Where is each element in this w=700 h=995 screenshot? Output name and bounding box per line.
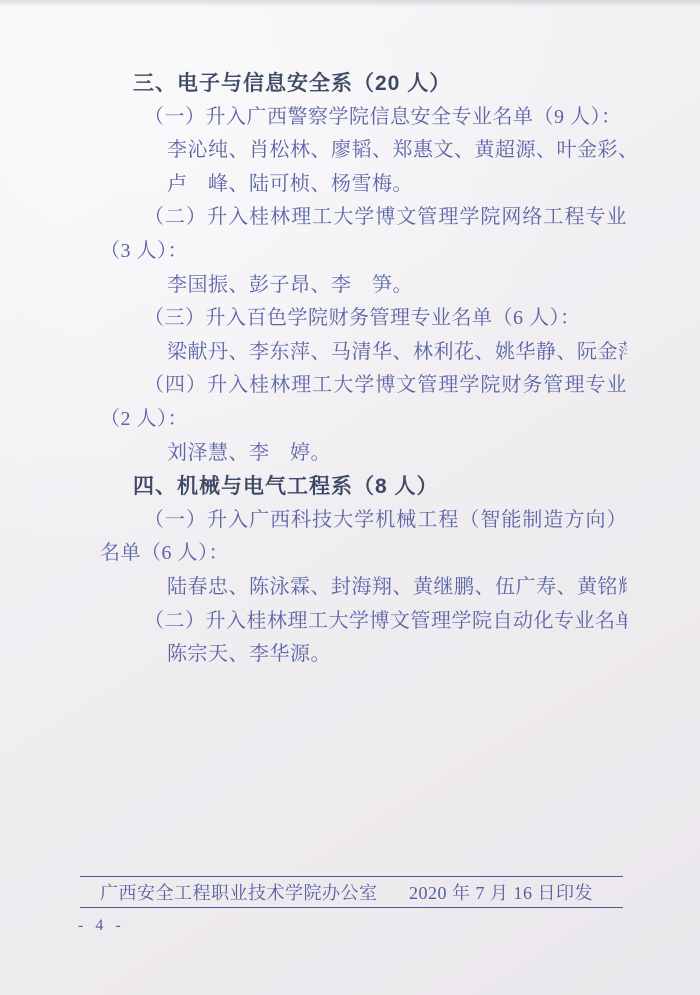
- footer-print-date: 2020 年 7 月 16 日印发: [409, 879, 623, 905]
- text-line: （三）升入百色学院财务管理专业名单（6 人）：: [100, 302, 627, 336]
- document-body: 三、电子与信息安全系（20 人）（一）升入广西警察学院信息安全专业名单（9 人）…: [100, 67, 627, 672]
- text-line: （2 人）：: [100, 403, 627, 437]
- text-line: 名单（6 人）：: [100, 537, 627, 571]
- text-line: （3 人）：: [100, 235, 627, 269]
- page-number: - 4 -: [78, 917, 125, 935]
- text-line: 李国振、彭子昂、李 笋。: [100, 269, 627, 303]
- text-line: （一）升入广西科技大学机械工程（智能制造方向）专业: [100, 504, 627, 538]
- text-line: 刘泽慧、李 婷。: [100, 437, 627, 471]
- text-line: 陈宗天、李华源。: [100, 638, 627, 672]
- text-line: 四、机械与电气工程系（8 人）: [100, 470, 627, 504]
- text-line: （二）升入桂林理工大学博文管理学院自动化专业名单（2 人）：: [100, 605, 627, 639]
- footer-bar: 广西安全工程职业技术学院办公室 2020 年 7 月 16 日印发: [80, 876, 623, 908]
- text-line: 梁献丹、李东萍、马清华、林利花、姚华静、阮金萍。: [100, 336, 627, 370]
- text-line: 三、电子与信息安全系（20 人）: [100, 67, 627, 101]
- document-page: 三、电子与信息安全系（20 人）（一）升入广西警察学院信息安全专业名单（9 人）…: [0, 0, 700, 995]
- text-line: （二）升入桂林理工大学博文管理学院网络工程专业名单: [100, 201, 627, 235]
- text-line: 陆春忠、陈泳霖、封海翔、黄继鹏、伍广寿、黄铭耀。: [100, 571, 627, 605]
- text-line: （四）升入桂林理工大学博文管理学院财务管理专业名单: [100, 369, 627, 403]
- text-line: 卢 峰、陆可桢、杨雪梅。: [100, 168, 627, 202]
- footer-office-name: 广西安全工程职业技术学院办公室: [80, 879, 378, 905]
- text-line: （一）升入广西警察学院信息安全专业名单（9 人）：: [100, 101, 627, 135]
- text-line: 李沁纯、肖松林、廖韬、郑惠文、黄超源、叶金彩、: [100, 134, 627, 168]
